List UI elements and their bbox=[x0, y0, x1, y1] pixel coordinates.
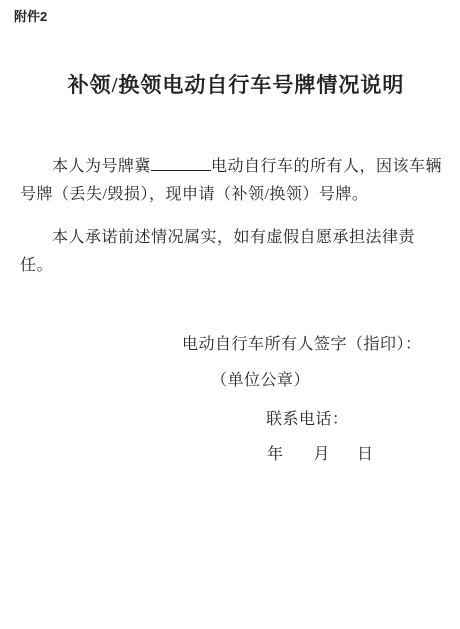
attachment-label: 附件2 bbox=[14, 6, 47, 25]
date-line: 年月日 bbox=[267, 441, 374, 464]
form-page: 附件2 补领/换领电动自行车号牌情况说明 本人为号牌冀电动自行车的所有人，因该车… bbox=[0, 0, 460, 629]
plate-number-blank bbox=[151, 156, 211, 171]
paragraph-declaration: 本人为号牌冀电动自行车的所有人，因该车辆号牌（丢失/毁损），现申请（补领/换领）… bbox=[20, 153, 444, 209]
date-year-label: 年 bbox=[267, 446, 284, 463]
date-month-label: 月 bbox=[314, 446, 331, 463]
page-title: 补领/换领电动自行车号牌情况说明 bbox=[12, 69, 460, 99]
paragraph-text-before-blank: 本人为号牌冀 bbox=[52, 158, 151, 175]
contact-phone-label: 联系电话： bbox=[266, 406, 349, 429]
owner-signature-label: 电动自行车所有人签字（指印）： bbox=[182, 331, 422, 354]
paragraph-promise: 本人承诺前述情况属实，如有虚假自愿承担法律责任。 bbox=[20, 224, 444, 280]
date-day-label: 日 bbox=[357, 446, 374, 463]
company-seal-label: （单位公章） bbox=[211, 367, 310, 390]
